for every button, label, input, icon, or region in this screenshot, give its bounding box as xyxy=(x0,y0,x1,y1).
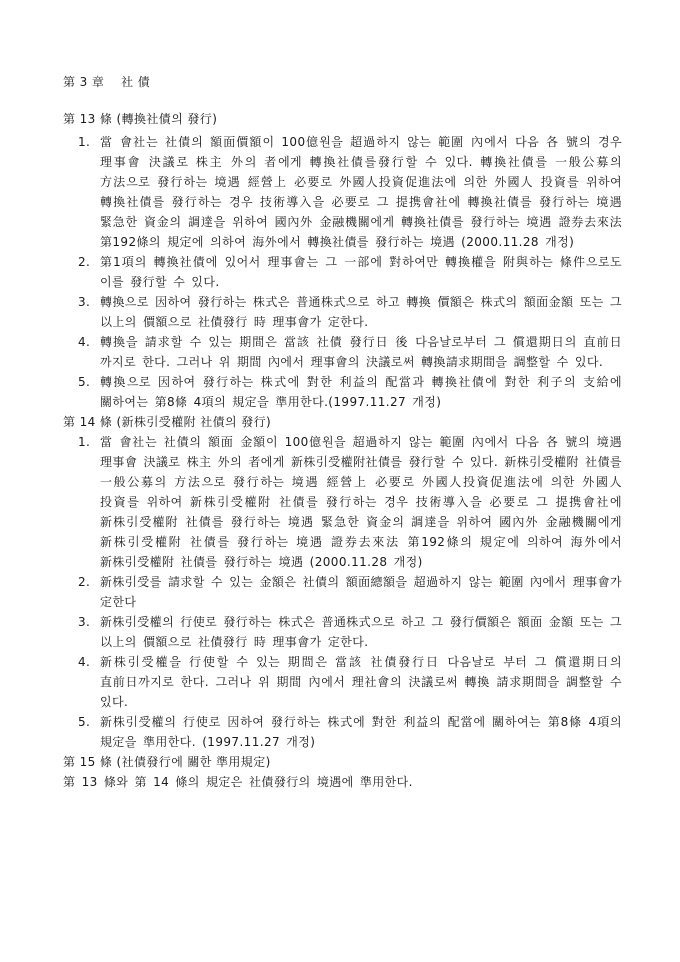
item-text: 新株引受權을 行使할 수 있는 期間은 當該 社債發行日 다음날로 부터 그 償… xyxy=(100,652,622,712)
item-number: 2. xyxy=(78,252,100,272)
item-number: 3. xyxy=(78,292,100,312)
article-14-items: 1. 當 會社는 社債의 額面 金額이 100億원을 超過하지 않는 範圍 內에… xyxy=(63,432,622,752)
item-number: 5. xyxy=(78,372,100,392)
item-number: 5. xyxy=(78,712,100,732)
item-text: 當 會社는 社債의 額面 金額이 100億원을 超過하지 않는 範圍 內에서 다… xyxy=(100,432,622,572)
item-number: 2. xyxy=(78,572,100,592)
item-number: 4. xyxy=(78,332,100,352)
article-15: 第 15 條 (社債發行에 關한 準用規定) 第 13 條와 第 14 條의 規… xyxy=(63,752,622,792)
article-15-body: 第 13 條와 第 14 條의 規定은 社債發行의 境遇에 準用한다. xyxy=(63,772,622,792)
item-number: 1. xyxy=(78,432,100,452)
item-text: 新株引受權의 行使로 發行하는 株式은 普通株式으로 하고 그 發行價額은 額面… xyxy=(100,612,622,652)
item-number: 3. xyxy=(78,612,100,632)
article-13-item-5: 5. 轉換으로 因하여 發行하는 株式에 對한 利益의 配當과 轉換社債에 對한… xyxy=(78,372,622,412)
article-14-item-3: 3. 新株引受權의 行使로 發行하는 株式은 普通株式으로 하고 그 發行價額은… xyxy=(78,612,622,652)
item-text: 新株引受를 請求할 수 있는 金額은 社債의 額面總額을 超過하지 않는 範圍 … xyxy=(100,572,622,612)
article-14-item-1: 1. 當 會社는 社債의 額面 金額이 100億원을 超過하지 않는 範圍 內에… xyxy=(78,432,622,572)
chapter-heading: 第 3 章 社 債 xyxy=(63,72,622,92)
article-15-heading: 第 15 條 (社債發行에 關한 準用規定) xyxy=(63,752,622,772)
item-text: 轉換으로 因하여 發行하는 株式에 對한 利益의 配當과 轉換社債에 對한 利子… xyxy=(100,372,622,412)
article-14: 第 14 條 (新株引受權附 社債의 發行) 1. 當 會社는 社債의 額面 金… xyxy=(63,412,622,752)
article-13-items: 1. 當 會社는 社債의 額面價額이 100億원을 超過하지 않는 範圍 內에서… xyxy=(63,132,622,412)
item-text: 第1項의 轉換社債에 있어서 理事會는 그 一部에 對하여만 轉換權을 附與하는… xyxy=(100,252,622,292)
article-13: 第 13 條 (轉換社債의 發行) 1. 當 會社는 社債의 額面價額이 100… xyxy=(63,109,622,412)
article-13-item-2: 2. 第1項의 轉換社債에 있어서 理事會는 그 一部에 對하여만 轉換權을 附… xyxy=(78,252,622,292)
item-text: 轉換을 請求할 수 있는 期間은 當該 社債 發行日 後 다음날로부터 그 償還… xyxy=(100,332,622,372)
document-page: 第 3 章 社 債 第 13 條 (轉換社債의 發行) 1. 當 會社는 社債의… xyxy=(0,0,680,962)
article-14-heading: 第 14 條 (新株引受權附 社債의 發行) xyxy=(63,412,622,432)
item-number: 4. xyxy=(78,652,100,672)
item-text: 新株引受權의 行使로 因하여 發行하는 株式에 對한 利益의 配當에 關하여는 … xyxy=(100,712,622,752)
article-14-item-2: 2. 新株引受를 請求할 수 있는 金額은 社債의 額面總額을 超過하지 않는 … xyxy=(78,572,622,612)
article-13-heading: 第 13 條 (轉換社債의 發行) xyxy=(63,109,622,129)
item-number: 1. xyxy=(78,132,100,152)
article-14-item-4: 4. 新株引受權을 行使할 수 있는 期間은 當該 社債發行日 다음날로 부터 … xyxy=(78,652,622,712)
item-text: 當 會社는 社債의 額面價額이 100億원을 超過하지 않는 範圍 內에서 다음… xyxy=(100,132,622,252)
article-13-item-3: 3. 轉換으로 因하여 發行하는 株式은 普通株式으로 하고 轉換 價額은 株式… xyxy=(78,292,622,332)
article-13-item-4: 4. 轉換을 請求할 수 있는 期間은 當該 社債 發行日 後 다음날로부터 그… xyxy=(78,332,622,372)
item-text: 轉換으로 因하여 發行하는 株式은 普通株式으로 하고 轉換 價額은 株式의 額… xyxy=(100,292,622,332)
article-13-item-1: 1. 當 會社는 社債의 額面價額이 100億원을 超過하지 않는 範圍 內에서… xyxy=(78,132,622,252)
article-14-item-5: 5. 新株引受權의 行使로 因하여 發行하는 株式에 對한 利益의 配當에 關하… xyxy=(78,712,622,752)
